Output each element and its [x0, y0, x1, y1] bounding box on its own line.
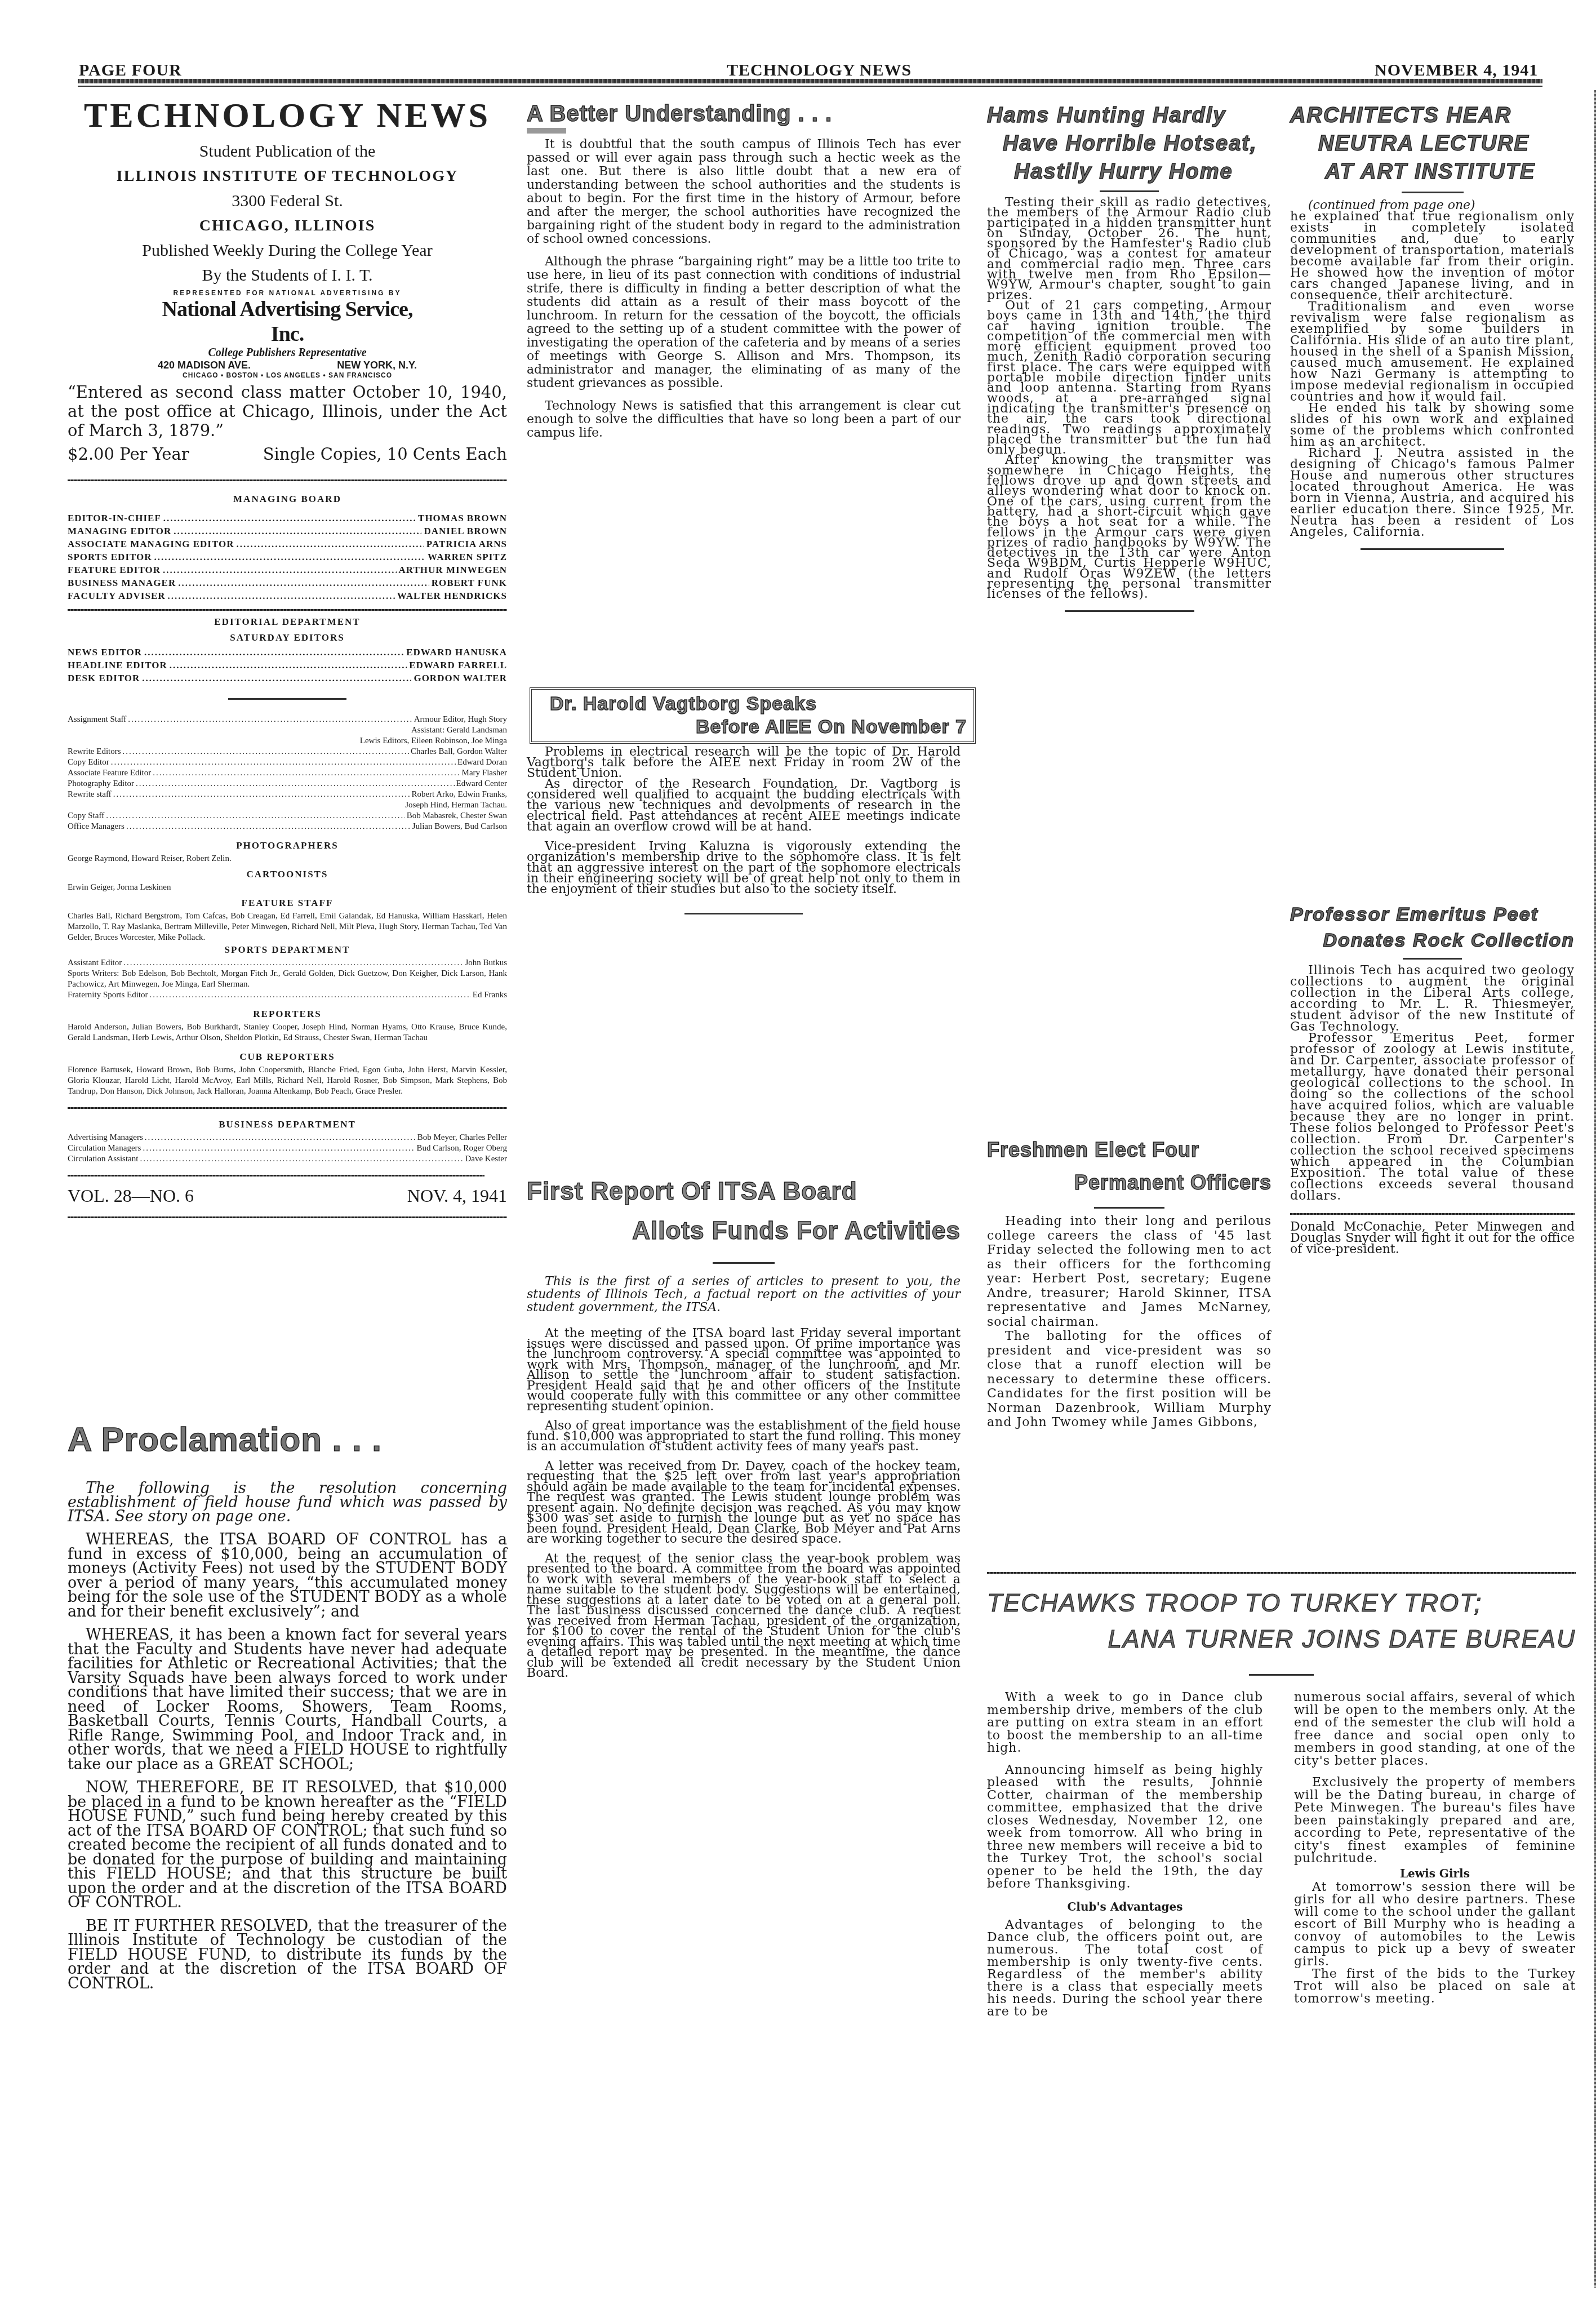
article-better-understanding: A Better Understanding . . . It is doubt…: [527, 101, 961, 136]
cartoonists-heading: CARTOONISTS: [68, 869, 507, 880]
article-techawks: TECHAWKS TROOP TO TURKEY TROT; LANA TURN…: [987, 1572, 1576, 2027]
itsa-paragraph: At the meeting of the ITSA board last Fr…: [527, 1329, 961, 1412]
architects-paragraph: he explained that true regionalism only …: [1290, 211, 1575, 301]
divider-short: [1094, 1207, 1164, 1209]
peet-paragraph: Illinois Tech has acquired two geology c…: [1290, 965, 1575, 1033]
board-row: EDITOR-IN-CHIEFTHOMAS BROWN: [68, 512, 507, 525]
freshmen-headline-line2: Permanent Officers: [987, 1171, 1272, 1195]
cartoonists-names: Erwin Geiger, Jorma Leskinen: [68, 882, 507, 893]
reporters-heading: REPORTERS: [68, 1009, 507, 1020]
article-freshmen: Freshmen Elect Four Permanent Officers H…: [987, 1138, 1272, 1430]
techawks-paragraph: numerous social affairs, several of whic…: [1294, 1691, 1576, 1768]
divider-short: [228, 698, 346, 700]
divider: [68, 1216, 507, 1218]
itsa-headline-line2: Allots Funds For Activities: [527, 1217, 961, 1245]
architects-paragraph: Traditionalism and even worse revivalism…: [1290, 301, 1575, 403]
staff-row: Assistant EditorJohn Butkus: [68, 958, 507, 969]
staff-row: Photography EditorEdward Center: [68, 779, 507, 789]
itsa-paragraph: A letter was received from Dr. Davey, co…: [527, 1462, 961, 1545]
itsa-paragraph: At the request of the senior class the y…: [527, 1554, 961, 1679]
freshmen-paragraph: Heading into their long and perilous col…: [987, 1214, 1272, 1329]
divider: [68, 479, 507, 481]
masthead-by: By the Students of I. I. T.: [68, 263, 507, 288]
hams-paragraph: Testing their skill as radio detectives,…: [987, 198, 1272, 301]
staff-row: Copy EditorEdward Doran: [68, 757, 507, 768]
proclamation-headline: A Proclamation . . .: [68, 1420, 507, 1459]
itsa-headline-line1: First Report Of ITSA Board: [527, 1178, 961, 1206]
freshmen-headline-line1: Freshmen Elect Four: [987, 1138, 1272, 1162]
photographers-heading: PHOTOGRAPHERS: [68, 840, 507, 851]
price-per-year: $2.00 Per Year: [68, 445, 189, 464]
article-better-understanding-body: It is doubtful that the south campus of …: [527, 138, 961, 449]
masthead-title: TECHNOLOGY NEWS: [68, 96, 507, 136]
editor-row: HEADLINE EDITOREDWARD FARRELL: [68, 659, 507, 672]
staff-list: Assignment StaffArmour Editor, Hugh Stor…: [68, 714, 507, 832]
feature-staff-heading: FEATURE STAFF: [68, 898, 507, 909]
vagtborg-paragraph: As director of the Research Foundation, …: [527, 779, 961, 832]
techawks-headline-line2: LANA TURNER JOINS DATE BUREAU: [987, 1626, 1576, 1654]
editorial-paragraph: It is doubtful that the south campus of …: [527, 138, 961, 246]
staff-row: Circulation ManagersBud Carlson, Roger O…: [68, 1143, 507, 1154]
peet-paragraph: Professor Emeritus Peet, former professo…: [1290, 1033, 1575, 1202]
price-single: Single Copies, 10 Cents Each: [263, 445, 507, 464]
masthead-city: CHICAGO, ILLINOIS: [68, 214, 507, 238]
masthead-subtitle: Student Publication of the: [68, 139, 507, 164]
feature-staff-names: Charles Ball, Richard Bergstrom, Tom Caf…: [68, 911, 507, 943]
top-rule: [78, 79, 1542, 83]
techawks-paragraph: The first of the bids to the Turkey Trot…: [1294, 1968, 1576, 2005]
techawks-paragraph: Announcing himself as being highly pleas…: [987, 1764, 1263, 1891]
managing-board-list: EDITOR-IN-CHIEFTHOMAS BROWN MANAGING EDI…: [68, 512, 507, 602]
proclamation-paragraph: NOW, THEREFORE, BE IT RESOLVED, that $10…: [68, 1780, 507, 1910]
divider: [987, 1572, 1576, 1574]
masthead-institution: ILLINOIS INSTITUTE OF TECHNOLOGY: [68, 164, 507, 189]
divider-short: [713, 1262, 775, 1264]
divider-short: [684, 913, 803, 914]
divider-short: [1065, 610, 1194, 612]
divider-short: [1403, 958, 1462, 960]
divider-short: [1402, 192, 1464, 193]
architects-headline-line2: NEUTRA LECTURE: [1318, 130, 1575, 158]
vagtborg-headline-line2: Before AIEE On November 7: [539, 716, 967, 738]
ad-rep-label: REPRESENTED FOR NATIONAL ADVERTISING BY: [158, 289, 417, 297]
entered-notice: “Entered as second class matter October …: [68, 383, 507, 440]
cub-reporters-heading: CUB REPORTERS: [68, 1051, 507, 1063]
better-understanding-headline: A Better Understanding . . .: [527, 101, 961, 127]
hams-paragraph: After knowing the transmitter was somewh…: [987, 455, 1272, 600]
article-hams: Hams Hunting Hardly Have Horrible Hotsea…: [987, 101, 1272, 612]
board-row: BUSINESS MANAGERROBERT FUNK: [68, 576, 507, 589]
editorial-paragraph: Although the phrase “bargaining right” m…: [527, 255, 961, 390]
ad-rep-tagline: College Publishers Representative: [158, 347, 417, 359]
photographers-names: George Raymond, Howard Reiser, Robert Ze…: [68, 854, 507, 864]
techawks-paragraph: Advantages of belonging to the Dance clu…: [987, 1919, 1263, 2018]
divider-short: [1249, 1674, 1314, 1676]
editor-row: NEWS EDITOREDWARD HANUSKA: [68, 646, 507, 659]
masthead-address: 3300 Federal St.: [68, 189, 507, 214]
staff-row: Office ManagersJulian Bowers, Bud Carlso…: [68, 822, 507, 832]
staff-row: Assignment StaffArmour Editor, Hugh Stor…: [68, 714, 507, 725]
architects-paragraph: Richard J. Neutra assisted in the design…: [1290, 448, 1575, 538]
masthead-published: Published Weekly During the College Year: [68, 238, 507, 263]
managing-board-heading: MANAGING BOARD: [68, 494, 507, 505]
saturday-editors-heading: SATURDAY EDITORS: [68, 632, 507, 643]
masthead: TECHNOLOGY NEWS Student Publication of t…: [68, 96, 507, 1218]
staff-row: Rewrite staffRobert Arko, Edwin Franks,: [68, 789, 507, 800]
divider: [68, 1107, 507, 1109]
divider: [68, 609, 507, 611]
board-row: SPORTS EDITORWARREN SPITZ: [68, 550, 507, 563]
techawks-paragraph: Exclusively the property of members will…: [1294, 1777, 1576, 1866]
techawks-subhead-lewis-girls: Lewis Girls: [1294, 1867, 1576, 1880]
techawks-col1: With a week to go in Dance club membersh…: [987, 1691, 1263, 2027]
staff-row-extra: Lewis Editors, Eileen Robinson, Joe Ming…: [68, 736, 507, 747]
sports-writers: Sports Writers: Bob Edelson, Bob Bechtol…: [68, 969, 507, 990]
itsa-paragraph: Also of great importance was the establi…: [527, 1421, 961, 1453]
staff-row: Fraternity Sports EditorEd Franks: [68, 990, 507, 1001]
ad-rep-address: 420 MADISON AVE.: [158, 359, 251, 371]
article-proclamation: A Proclamation . . . The following is th…: [68, 1420, 507, 2000]
architects-paragraph: He ended his talk by showing some slides…: [1290, 403, 1575, 448]
article-itsa-report: First Report Of ITSA Board Allots Funds …: [527, 1178, 961, 1688]
hams-headline-line2: Have Horrible Hotseat,: [1003, 130, 1272, 158]
staff-row: Circulation AssistantDave Kester: [68, 1154, 507, 1165]
article-peet: Professor Emeritus Peet Donates Rock Col…: [1290, 902, 1575, 1255]
staff-row: Advertising ManagersBob Meyer, Charles P…: [68, 1133, 507, 1143]
staff-row: Copy StaffBob Mabasrek, Chester Swan: [68, 811, 507, 822]
vagtborg-paragraph: Problems in electrical research will be …: [527, 747, 961, 779]
paper-name-folio: TECHNOLOGY NEWS: [727, 61, 912, 80]
article-architects: ARCHITECTS HEAR NEUTRA LECTURE AT ART IN…: [1290, 101, 1575, 550]
divider: [68, 1175, 484, 1176]
freshmen-paragraph: The balloting for the offices of preside…: [987, 1329, 1272, 1430]
volume-number: VOL. 28—NO. 6: [68, 1185, 194, 1206]
cub-reporters-names: Florence Bartusek, Howard Brown, Bob Bur…: [68, 1065, 507, 1097]
editorial-paragraph: Technology News is satisfied that this a…: [527, 399, 961, 440]
folio-date: NOVEMBER 4, 1941: [1375, 61, 1538, 80]
hams-headline-line1: Hams Hunting Hardly: [987, 101, 1272, 130]
hams-paragraph: Out of 21 cars competing, Armour boys ca…: [987, 301, 1272, 455]
issue-date: NOV. 4, 1941: [407, 1185, 507, 1206]
divider: [1290, 1213, 1575, 1215]
proclamation-paragraph: WHEREAS, it has been a known fact for se…: [68, 1628, 507, 1771]
board-row: ASSOCIATE MANAGING EDITORPATRICIA ARNS: [68, 538, 507, 550]
sports-heading: SPORTS DEPARTMENT: [68, 944, 507, 956]
board-row: FACULTY ADVISERWALTER HENDRICKS: [68, 589, 507, 602]
ad-rep-city: NEW YORK, N.Y.: [337, 359, 417, 371]
editor-row: DESK EDITORGORDON WALTER: [68, 672, 507, 685]
top-rule-thin: [78, 86, 1542, 87]
staff-row-extra: Joseph Hind, Herman Tachau.: [68, 800, 507, 811]
staff-row-extra: Assistant: Gerald Landsman: [68, 725, 507, 736]
freshmen-continuation: Donald McConachie, Peter Minwegen and Do…: [1290, 1222, 1575, 1255]
ornament: [527, 128, 566, 134]
techawks-col2: numerous social affairs, several of whic…: [1294, 1691, 1576, 2027]
divider-short: [1361, 548, 1504, 550]
ad-rep-cities: CHICAGO • BOSTON • LOS ANGELES • SAN FRA…: [158, 371, 417, 379]
techawks-headline-line1: TECHAWKS TROOP TO TURKEY TROT;: [987, 1589, 1576, 1618]
techawks-subhead-advantages: Club's Advantages: [987, 1900, 1263, 1913]
ad-rep-name: National Advertising Service, Inc.: [158, 297, 417, 347]
hams-headline-line3: Hastily Hurry Home: [1014, 158, 1272, 186]
techawks-paragraph: At tomorrow's session there will be girl…: [1294, 1881, 1576, 1968]
peet-headline-line1: Professor Emeritus Peet: [1290, 902, 1575, 927]
architects-headline-line1: ARCHITECTS HEAR: [1290, 101, 1575, 130]
architects-headline-line3: AT ART INSTITUTE: [1325, 158, 1575, 186]
vagtborg-headline-box: Dr. Harold Vagtborg Speaks Before AIEE O…: [530, 687, 976, 744]
techawks-paragraph: With a week to go in Dance club membersh…: [987, 1691, 1263, 1755]
peet-headline-line2: Donates Rock Collection: [1290, 927, 1575, 953]
staff-row: Rewrite EditorsCharles Ball, Gordon Walt…: [68, 747, 507, 757]
page-label: PAGE FOUR: [79, 61, 182, 80]
business-heading: BUSINESS DEPARTMENT: [68, 1119, 507, 1130]
proclamation-intro: The following is the resolution concerni…: [68, 1481, 507, 1524]
vagtborg-paragraph: Vice-president Irving Kaluzna is vigorou…: [527, 841, 961, 895]
board-row: FEATURE EDITORARTHUR MINWEGEN: [68, 563, 507, 576]
reporters-names: Harold Anderson, Julian Bowers, Bob Burk…: [68, 1022, 507, 1044]
vagtborg-headline-line1: Dr. Harold Vagtborg Speaks: [550, 693, 967, 715]
itsa-intro: This is the first of a series of article…: [527, 1275, 961, 1314]
proclamation-paragraph: WHEREAS, the ITSA BOARD OF CONTROL has a…: [68, 1533, 507, 1619]
divider-short: [1100, 190, 1159, 192]
article-vagtborg: Problems in electrical research will be …: [527, 747, 961, 914]
board-row: MANAGING EDITORDANIEL BROWN: [68, 525, 507, 538]
proclamation-paragraph: BE IT FURTHER RESOLVED, that the treasur…: [68, 1919, 507, 1991]
staff-row: Associate Feature EditorMary Flasher: [68, 768, 507, 779]
editorial-heading: EDITORIAL DEPARTMENT: [68, 616, 507, 628]
